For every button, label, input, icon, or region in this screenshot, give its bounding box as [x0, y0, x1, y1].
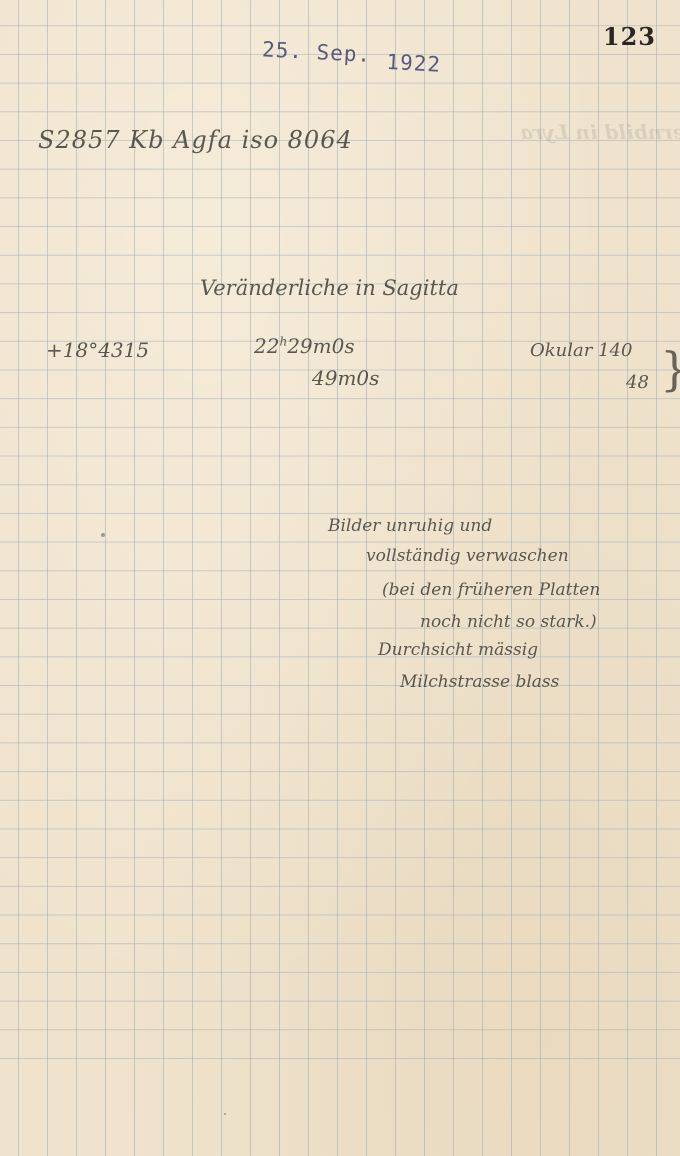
note-line: (bei den früheren Platten	[382, 580, 600, 600]
ocular-line-2: 48	[626, 372, 649, 393]
brace-mark: }	[660, 342, 680, 396]
stamp-year: 1922	[386, 50, 442, 77]
stamp-day: 25.	[261, 37, 303, 63]
notebook-page: 123 25. Sep. 1922 Sternbild in Lyra S285…	[0, 0, 680, 1156]
stamp-month: Sep.	[316, 40, 372, 67]
ocular-line-1: Okular 140	[530, 340, 632, 361]
note-line: Durchsicht mässig	[378, 640, 538, 660]
page-number: 123	[603, 22, 656, 51]
paper-speck	[224, 1113, 226, 1115]
right-ascension-line-2: 49m0s	[312, 366, 379, 390]
note-line: Bilder unruhig und	[328, 516, 492, 536]
ra-hours: 22	[254, 334, 279, 358]
date-stamp: 25. Sep. 1922	[261, 37, 441, 70]
section-heading: Veränderliche in Sagitta	[200, 276, 459, 300]
grid-horizontal-lines	[0, 0, 680, 1078]
grid-vertical-lines	[0, 0, 680, 1156]
note-line: vollständig verwaschen	[366, 546, 569, 566]
ra-rest: 29m0s	[287, 334, 354, 358]
bleed-through-text: Sternbild in Lyra	[520, 120, 680, 144]
note-line: noch nicht so stark.)	[420, 612, 597, 632]
paper-speck	[101, 533, 105, 537]
right-ascension-line-1: 22h29m0s	[254, 334, 355, 358]
note-line: Milchstrasse blass	[400, 672, 559, 692]
star-identifier: +18°4315	[46, 338, 149, 362]
plate-line: S2857 Kb Agfa iso 8064	[38, 126, 353, 154]
